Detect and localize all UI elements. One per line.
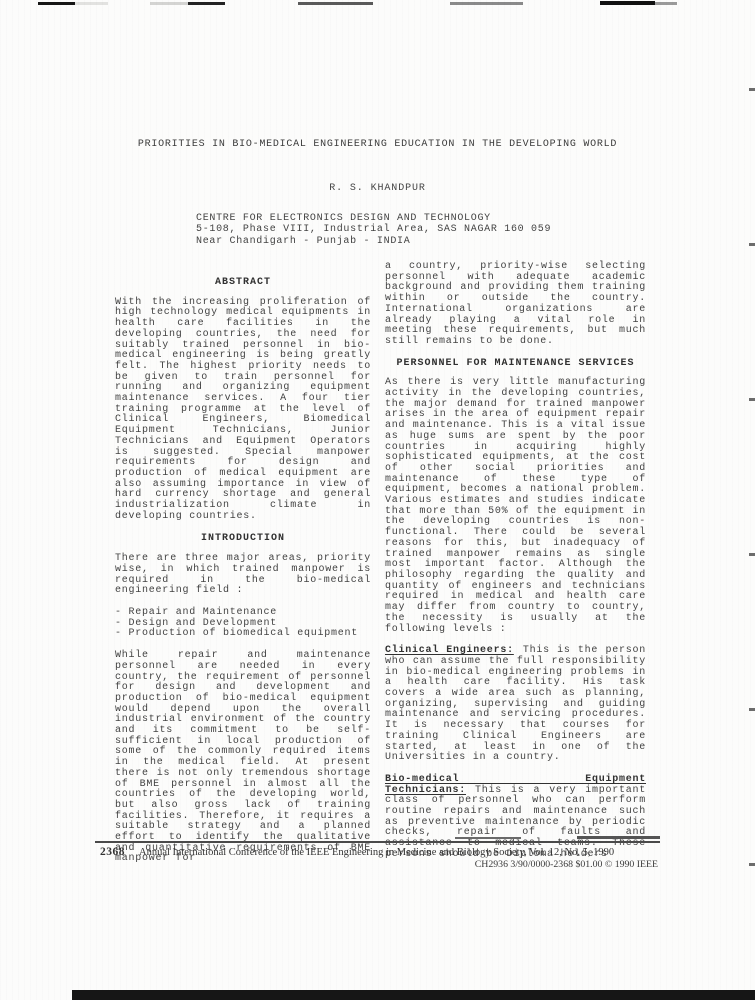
scan-artifact-top-dash bbox=[188, 2, 225, 5]
scan-artifact-edge-mark bbox=[749, 863, 755, 866]
affiliation-block: CENTRE FOR ELECTRONICS DESIGN AND TECHNO… bbox=[196, 213, 551, 247]
scan-artifact-top-dash bbox=[600, 1, 655, 5]
clinical-engineers-paragraph: Clinical Engineers:This is the person wh… bbox=[385, 646, 646, 764]
paper-title: PRIORITIES IN BIO-MEDICAL ENGINEERING ED… bbox=[0, 139, 755, 150]
affiliation-line: 5-108, Phase VIII, Industrial Area, SAS … bbox=[196, 224, 551, 235]
scan-artifact-edge-mark bbox=[749, 708, 755, 711]
scan-artifact-top-dash bbox=[38, 2, 75, 5]
abstract-paragraph: With the increasing proliferation of hig… bbox=[115, 298, 371, 523]
scan-artifact-edge-mark bbox=[749, 398, 755, 401]
clinical-engineers-text: This is the person who can assume the fu… bbox=[385, 645, 646, 763]
scan-artifact-bottom-bar bbox=[72, 990, 755, 1000]
scan-artifact-top-dash bbox=[75, 2, 108, 5]
scan-artifact-edge-mark bbox=[749, 553, 755, 556]
citation-text: Annual International Conference of the I… bbox=[139, 847, 614, 858]
scan-artifact-top-dash bbox=[150, 2, 188, 5]
page-number: 2368 bbox=[100, 846, 125, 858]
affiliation-line: Near Chandigarh - Punjab - INDIA bbox=[196, 236, 551, 247]
introduction-heading: INTRODUCTION bbox=[115, 534, 371, 545]
scan-artifact-top-dash bbox=[450, 2, 523, 5]
right-column: a country, priority-wise selecting perso… bbox=[385, 262, 646, 872]
scan-artifact-top-dash bbox=[298, 2, 373, 5]
left-column: ABSTRACT With the increasing proliferati… bbox=[115, 262, 371, 876]
personnel-heading: PERSONNEL FOR MAINTENANCE SERVICES bbox=[385, 359, 646, 370]
priority-areas-list: - Repair and Maintenance - Design and De… bbox=[115, 608, 371, 640]
clinical-engineers-lead: Clinical Engineers: bbox=[385, 645, 514, 656]
scan-artifact-edge-mark bbox=[749, 243, 755, 246]
scanned-paper-page: PRIORITIES IN BIO-MEDICAL ENGINEERING ED… bbox=[0, 0, 755, 1000]
author-name: R. S. KHANDPUR bbox=[0, 183, 755, 194]
footer-citation-line: 2368Annual International Conference of t… bbox=[100, 846, 660, 858]
footer-rule bbox=[95, 841, 660, 843]
abstract-heading: ABSTRACT bbox=[115, 278, 371, 289]
scan-artifact-edge-mark bbox=[749, 88, 755, 91]
list-item: - Production of biomedical equipment bbox=[115, 629, 371, 640]
affiliation-line: CENTRE FOR ELECTRONICS DESIGN AND TECHNO… bbox=[196, 213, 551, 224]
personnel-paragraph: As there is very little manufacturing ac… bbox=[385, 378, 646, 635]
scan-artifact-top-dash bbox=[655, 2, 677, 5]
introduction-paragraph: There are three major areas, priority wi… bbox=[115, 554, 371, 597]
continuation-paragraph: a country, priority-wise selecting perso… bbox=[385, 262, 646, 348]
introduction-body-paragraph: While repair and maintenance personnel a… bbox=[115, 651, 371, 865]
copyright-line: CH2936 3/90/0000-2368 $01.00 © 1990 IEEE bbox=[400, 859, 658, 870]
